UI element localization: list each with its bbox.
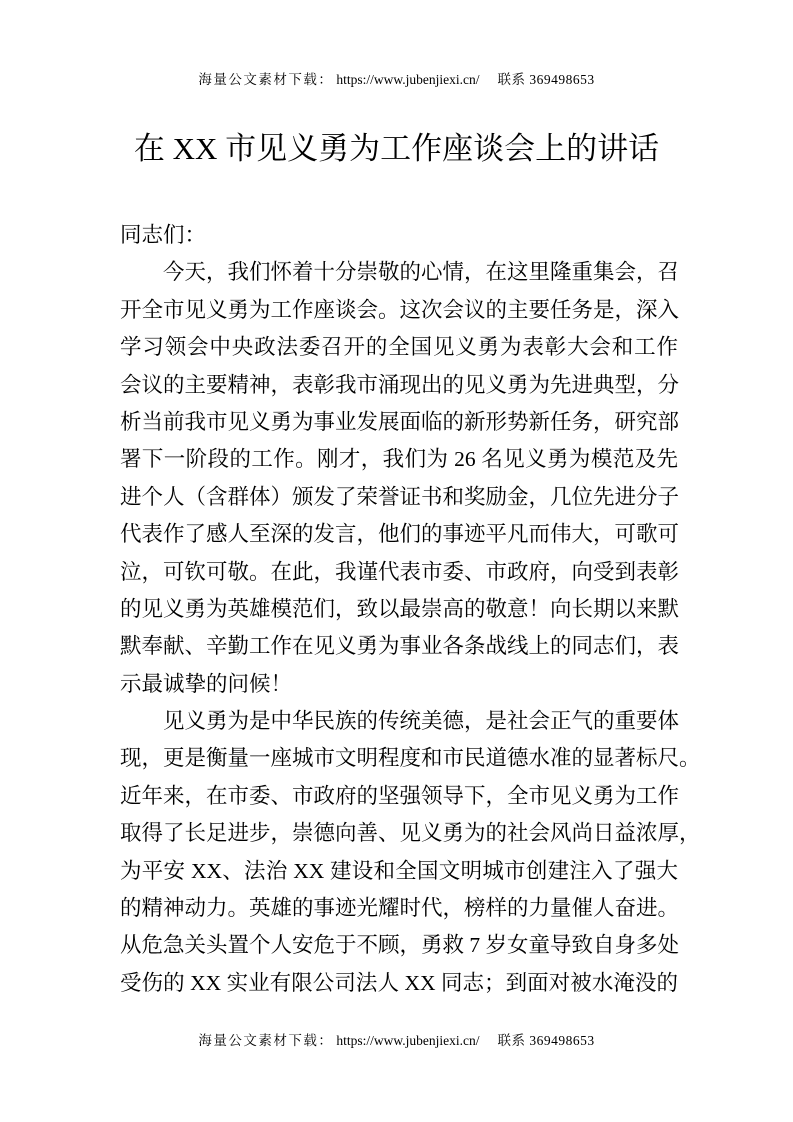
body-line: 代表作了感人至深的发言，他们的事迹平凡而伟大，可歌可 (120, 516, 678, 553)
header-contact: 联系 369498653 (497, 72, 594, 87)
body-line: 示最诚挚的问候！ (120, 666, 678, 703)
body-line: 析当前我市见义勇为事业发展面临的新形势新任务，研究部 (120, 404, 678, 441)
body-line: 开全市见义勇为工作座谈会。这次会议的主要任务是，深入 (120, 292, 678, 329)
body-line: 会议的主要精神，表彰我市涌现出的见义勇为先进典型，分 (120, 367, 678, 404)
document-page: 海量公文素材下载：https://www.jubenjiexi.cn/联系 36… (0, 0, 793, 1122)
body-line: 今天，我们怀着十分崇敬的心情，在这里隆重集会，召 (120, 254, 678, 291)
body-line-salutation: 同志们： (120, 217, 678, 254)
body-line: 从危急关头置个人安危于不顾，勇救 7 岁女童导致自身多处 (120, 927, 678, 964)
body-line: 为平安 XX、法治 XX 建设和全国文明城市创建注入了强大 (120, 853, 678, 890)
document-body: 同志们： 今天，我们怀着十分崇敬的心情，在这里隆重集会，召 开全市见义勇为工作座… (120, 217, 678, 1002)
body-line: 的见义勇为英雄模范们，致以最崇高的敬意！向长期以来默 (120, 591, 678, 628)
header-download-label: 海量公文素材下载： (198, 72, 333, 87)
body-line: 默奉献、辛勤工作在见义勇为事业各条战线上的同志们，表 (120, 628, 678, 665)
body-line: 近年来，在市委、市政府的坚强领导下，全市见义勇为工作 (120, 778, 678, 815)
footer-download-label: 海量公文素材下载： (198, 1033, 333, 1048)
header-url: https://www.jubenjiexi.cn/ (336, 72, 479, 87)
footer-contact: 联系 369498653 (497, 1033, 594, 1048)
body-line: 署下一阶段的工作。刚才，我们为 26 名见义勇为模范及先 (120, 441, 678, 478)
body-line: 的精神动力。英雄的事迹光耀时代，榜样的力量催人奋进。 (120, 890, 678, 927)
body-line: 受伤的 XX 实业有限公司法人 XX 同志；到面对被水淹没的 (120, 965, 678, 1002)
body-line: 取得了长足进步，崇德向善、见义勇为的社会风尚日益浓厚， (120, 815, 678, 852)
body-line: 见义勇为是中华民族的传统美德，是社会正气的重要体 (120, 703, 678, 740)
document-title: 在 XX 市见义勇为工作座谈会上的讲话 (0, 127, 793, 171)
body-line: 现，更是衡量一座城市文明程度和市民道德水准的显著标尺。 (120, 740, 678, 777)
page-header: 海量公文素材下载：https://www.jubenjiexi.cn/联系 36… (0, 70, 793, 90)
body-line: 泣，可钦可敬。在此，我谨代表市委、市政府，向受到表彰 (120, 554, 678, 591)
body-line: 进个人（含群体）颁发了荣誉证书和奖励金，几位先进分子 (120, 479, 678, 516)
footer-url: https://www.jubenjiexi.cn/ (336, 1033, 479, 1048)
page-footer: 海量公文素材下载：https://www.jubenjiexi.cn/联系 36… (0, 1031, 793, 1051)
body-line: 学习领会中央政法委召开的全国见义勇为表彰大会和工作 (120, 329, 678, 366)
